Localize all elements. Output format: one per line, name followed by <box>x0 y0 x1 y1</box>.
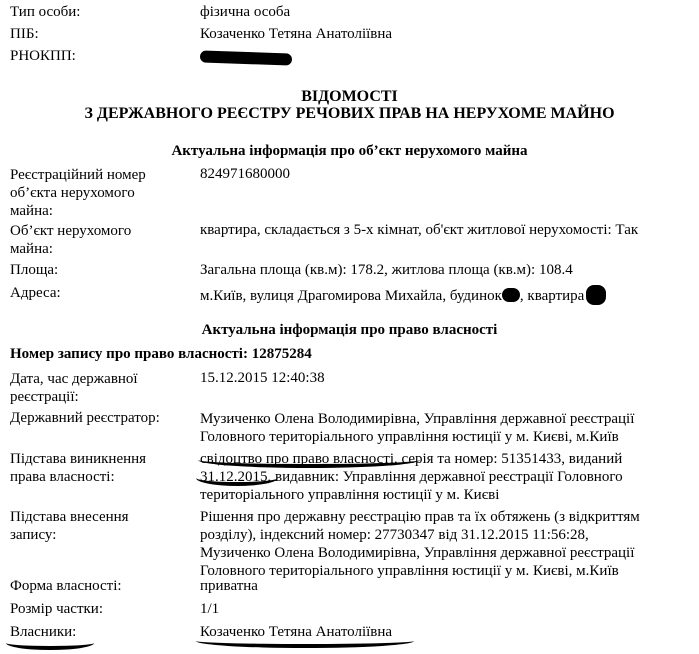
person-name-label: ПІБ: <box>10 26 39 43</box>
document-title-line1: ВІДОМОСТІ <box>0 88 699 106</box>
address-label: Адреса: <box>10 285 61 302</box>
address-value: м.Київ, вулиця Драгомирова Михайла, буди… <box>200 285 606 305</box>
building-redaction <box>502 288 520 302</box>
underline-mark-owners-label <box>6 636 94 650</box>
person-type-value: фізична особа <box>200 4 290 21</box>
underline-mark-owner-name <box>196 634 414 648</box>
registrar-label: Державний реєстратор: <box>10 410 160 427</box>
reg-number-value: 824971680000 <box>200 166 290 183</box>
share-size-label: Розмір частки: <box>10 601 103 618</box>
reg-date-value: 15.12.2015 12:40:38 <box>200 370 325 387</box>
area-value: Загальна площа (кв.м): 178.2, житлова пл… <box>200 262 573 279</box>
address-street: м.Київ, вулиця Драгомирова Михайла, буди… <box>200 288 502 304</box>
entry-basis-value: Рішення про державну реєстрацію прав та … <box>200 508 640 580</box>
ownership-form-label: Форма власності: <box>10 578 122 595</box>
underline-mark-certificate <box>198 452 420 468</box>
person-type-label: Тип особи: <box>10 4 80 21</box>
tax-id-redaction <box>200 50 292 65</box>
object-label: Об’єкт нерухомого майна: <box>10 222 131 258</box>
basis-label: Підстава виникнення права власності: <box>10 450 146 486</box>
document-title-line2: З ДЕРЖАВНОГО РЕЄСТРУ РЕЧОВИХ ПРАВ НА НЕР… <box>0 105 699 123</box>
share-size-value: 1/1 <box>200 601 219 618</box>
registrar-value: Музиченко Олена Володимирівна, Управлінн… <box>200 410 634 446</box>
property-section-title: Актуальна інформація про об’єкт нерухомо… <box>0 143 699 160</box>
object-value: квартира, складається з 5-х кімнат, об'є… <box>200 222 638 239</box>
person-name-value: Козаченко Тетяна Анатоліївна <box>200 26 392 43</box>
ownership-form-value: приватна <box>200 578 258 595</box>
tax-id-label: РНОКПП: <box>10 48 76 65</box>
record-number-label: Номер запису про право власності: 128752… <box>10 346 312 363</box>
address-apartment: , квартира <box>520 288 584 304</box>
area-label: Площа: <box>10 262 58 279</box>
entry-basis-label: Підстава внесення запису: <box>10 508 129 544</box>
underline-mark-date <box>196 470 278 486</box>
reg-number-label: Реєстраційний номер об’єкта нерухомого м… <box>10 166 146 220</box>
reg-date-label: Дата, час державної реєстрації: <box>10 370 138 406</box>
apartment-redaction <box>586 285 606 305</box>
ownership-section-title: Актуальна інформація про право власності <box>0 322 699 339</box>
